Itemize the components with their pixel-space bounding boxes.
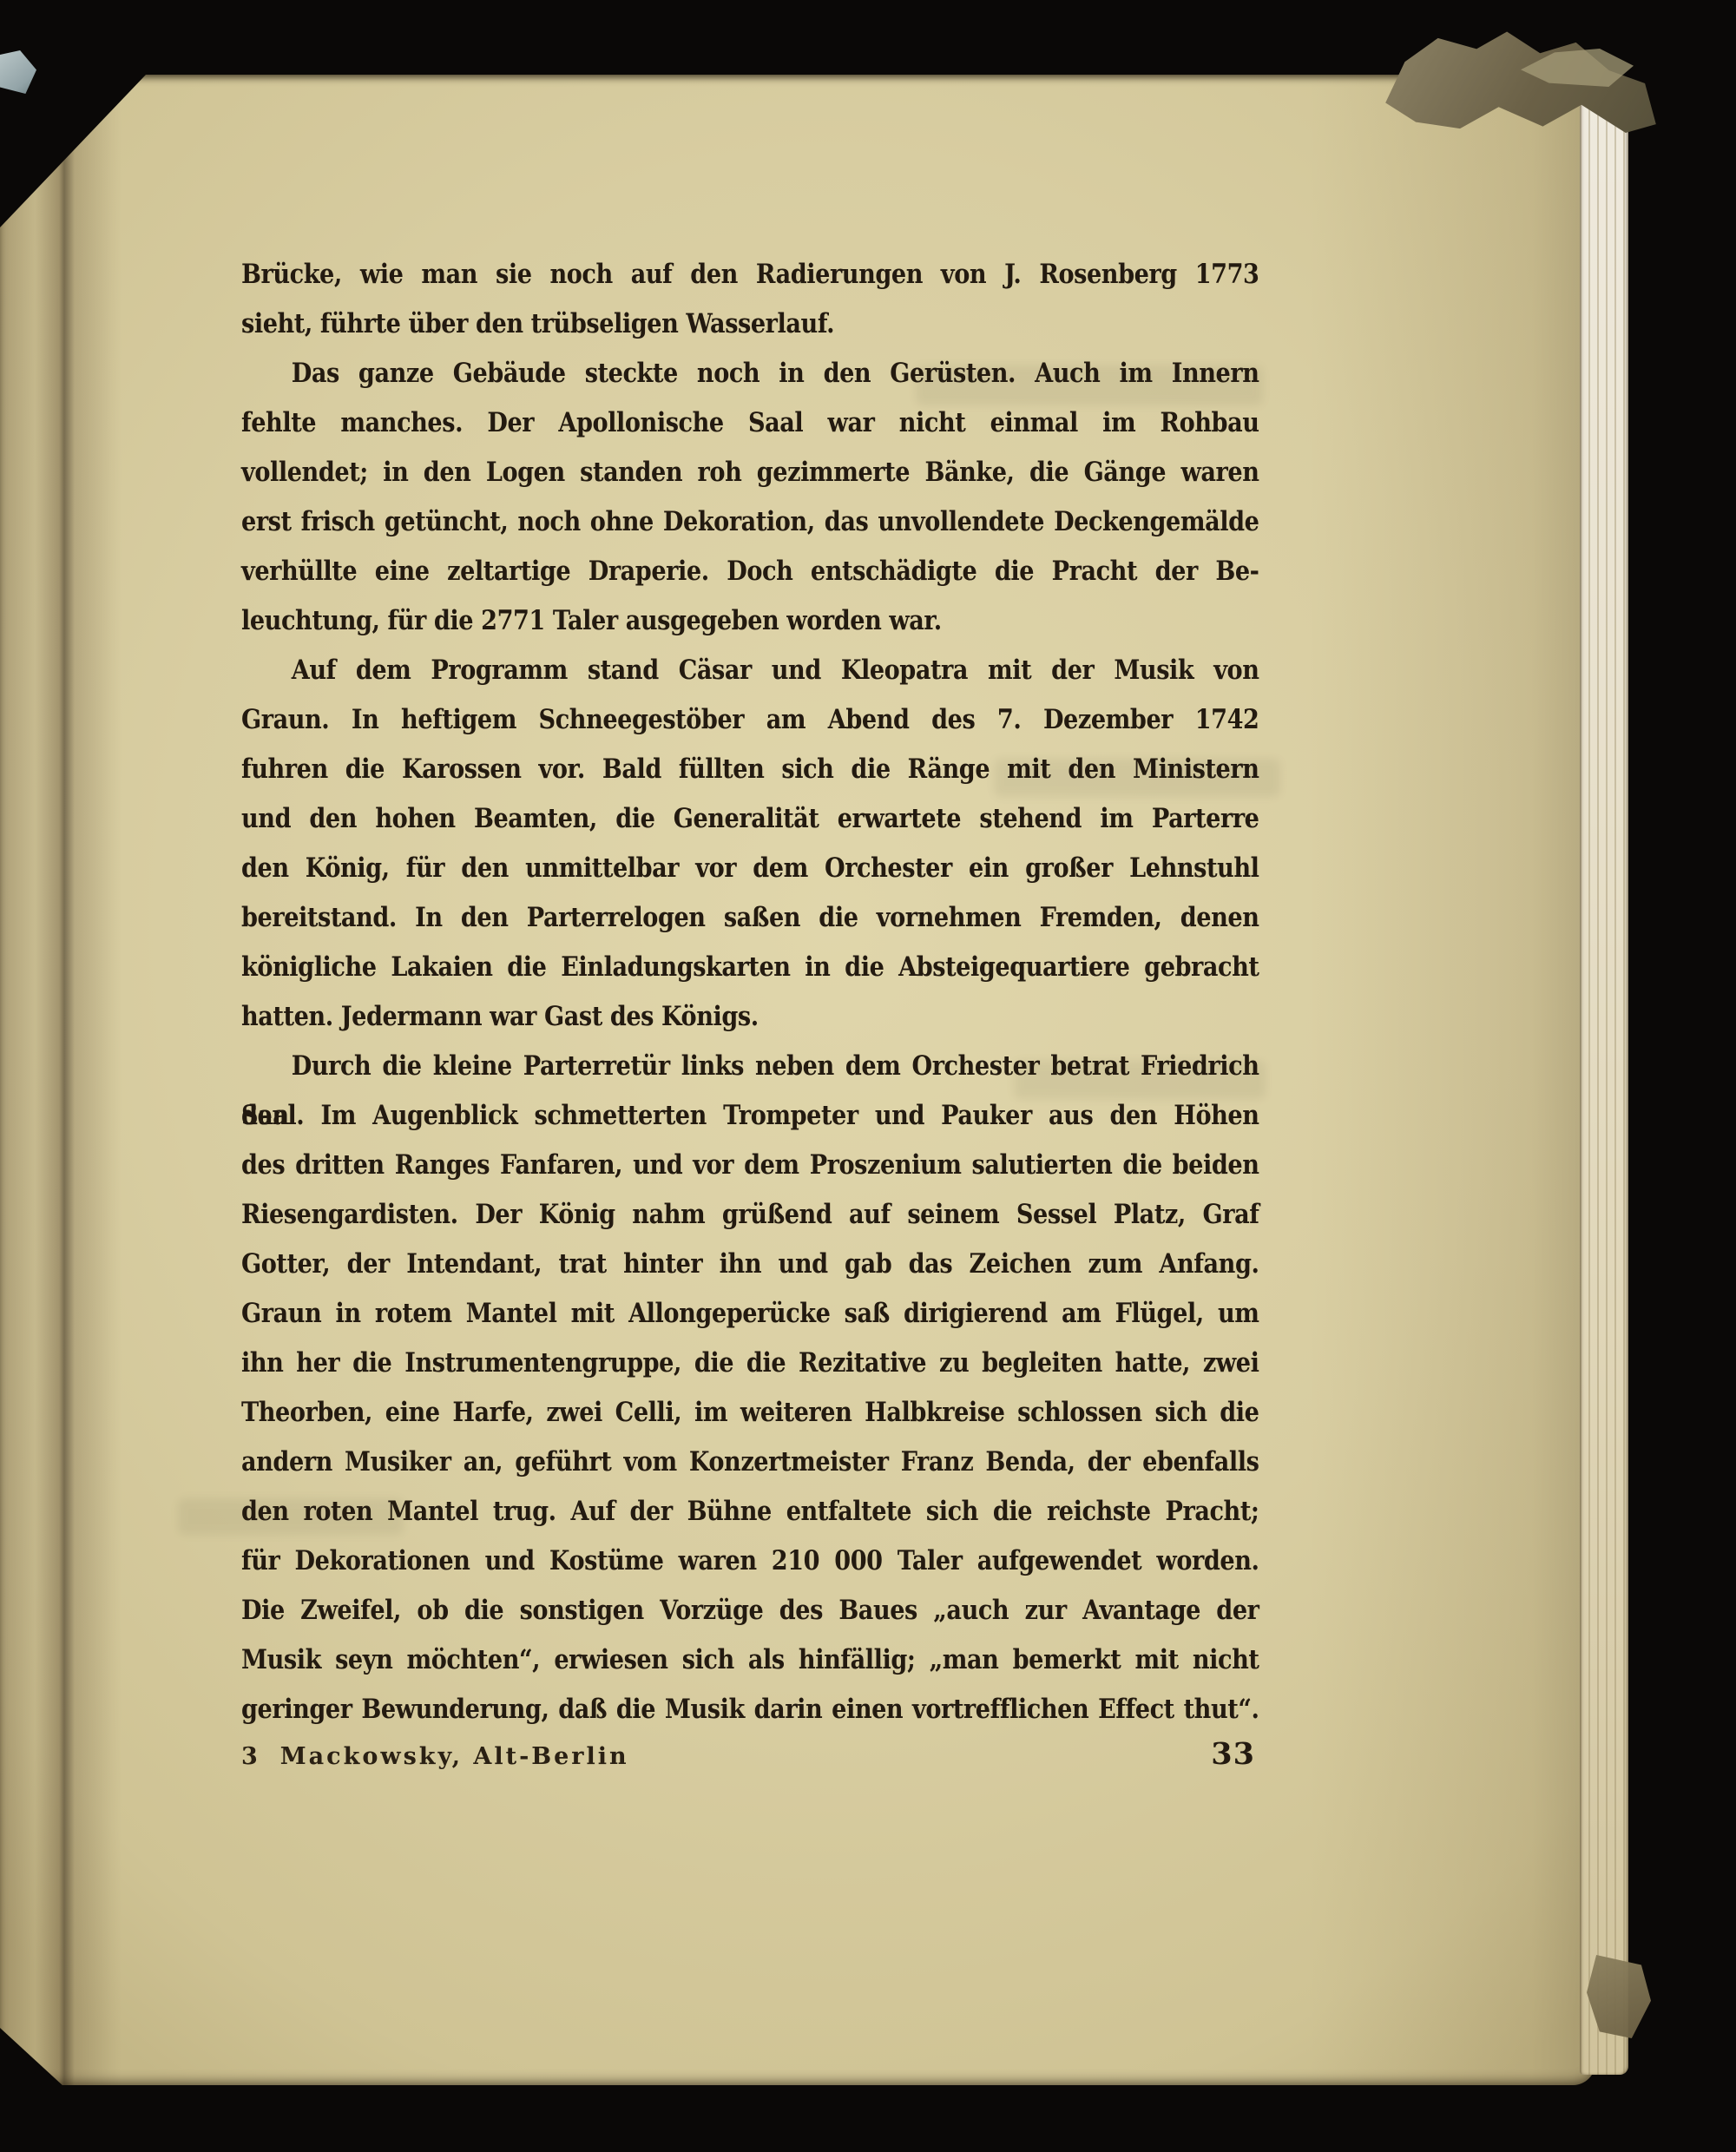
text-line: Graun. In heftigem Schneegestöber am Abe… xyxy=(241,695,1259,745)
text-line: erst frisch getüncht, noch ohne Dekorati… xyxy=(241,497,1259,547)
binding-gutter-crease xyxy=(35,75,130,2085)
page-footer: 3Mackowsky, Alt-Berlin 33 xyxy=(241,1743,1260,1770)
text-line: sieht, führte über den trübseligen Wasse… xyxy=(241,299,1259,349)
scanned-book-photo: Brücke, wie man sie noch auf den Radieru… xyxy=(0,0,1736,2152)
text-line: des dritten Ranges Fanfaren, und vor dem… xyxy=(241,1141,1259,1190)
text-line: leuchtung, für die 2771 Taler ausgegeben… xyxy=(241,596,1259,646)
text-line: Musik seyn möchten“, erwiesen sich als h… xyxy=(241,1635,1259,1685)
running-title: Mackowsky, Alt-Berlin xyxy=(280,1743,629,1770)
text-line: königliche Lakaien die Einladungskarten … xyxy=(241,943,1259,992)
page-number: 33 xyxy=(1211,1736,1255,1772)
text-line: andern Musiker an, geführt vom Konzertme… xyxy=(241,1438,1259,1487)
text-line: für Dekorationen und Kostüme waren 210 0… xyxy=(241,1537,1259,1586)
text-line: Graun in rotem Mantel mit Allongeperücke… xyxy=(241,1289,1259,1339)
text-line: hatten. Jedermann war Gast des Königs. xyxy=(241,992,1259,1042)
signature-number: 3 xyxy=(241,1743,258,1770)
text-line: und den hohen Beamten, die Generalität e… xyxy=(241,794,1259,844)
text-line: Brücke, wie man sie noch auf den Radieru… xyxy=(241,250,1259,299)
text-line: fuhren die Karossen vor. Bald füllten si… xyxy=(241,745,1259,794)
text-line: Das ganze Gebäude steckte noch in den Ge… xyxy=(241,349,1259,398)
text-block: Brücke, wie man sie noch auf den Radieru… xyxy=(241,250,1259,1734)
text-line: Die Zweifel, ob die sonstigen Vorzüge de… xyxy=(241,1586,1259,1635)
text-line: bereitstand. In den Parterrelogen saßen … xyxy=(241,893,1259,943)
text-line: fehlte manches. Der Apollonische Saal wa… xyxy=(241,398,1259,448)
text-line: Saal. Im Augenblick schmetterten Trompet… xyxy=(241,1091,1259,1141)
text-line: Gotter, der Intendant, trat hinter ihn u… xyxy=(241,1240,1259,1289)
text-line: vollendet; in den Logen standen roh gezi… xyxy=(241,448,1259,497)
text-line: geringer Bewunderung, daß die Musik dari… xyxy=(241,1685,1259,1734)
text-line: den König, für den unmittelbar vor dem O… xyxy=(241,844,1259,893)
page-stack-edge xyxy=(1580,82,1628,2075)
text-line: Auf dem Programm stand Cäsar und Kleopat… xyxy=(241,646,1259,695)
text-line: Theorben, eine Harfe, zwei Celli, im wei… xyxy=(241,1388,1259,1438)
text-line: Durch die kleine Parterretür links neben… xyxy=(241,1042,1259,1091)
text-line: ihn her die Instrumentengruppe, die die … xyxy=(241,1339,1259,1388)
text-line: den roten Mantel trug. Auf der Bühne ent… xyxy=(241,1487,1259,1537)
text-line: verhüllte eine zeltartige Draperie. Doch… xyxy=(241,547,1259,596)
text-line: Riesengardisten. Der König nahm grüßend … xyxy=(241,1190,1259,1240)
